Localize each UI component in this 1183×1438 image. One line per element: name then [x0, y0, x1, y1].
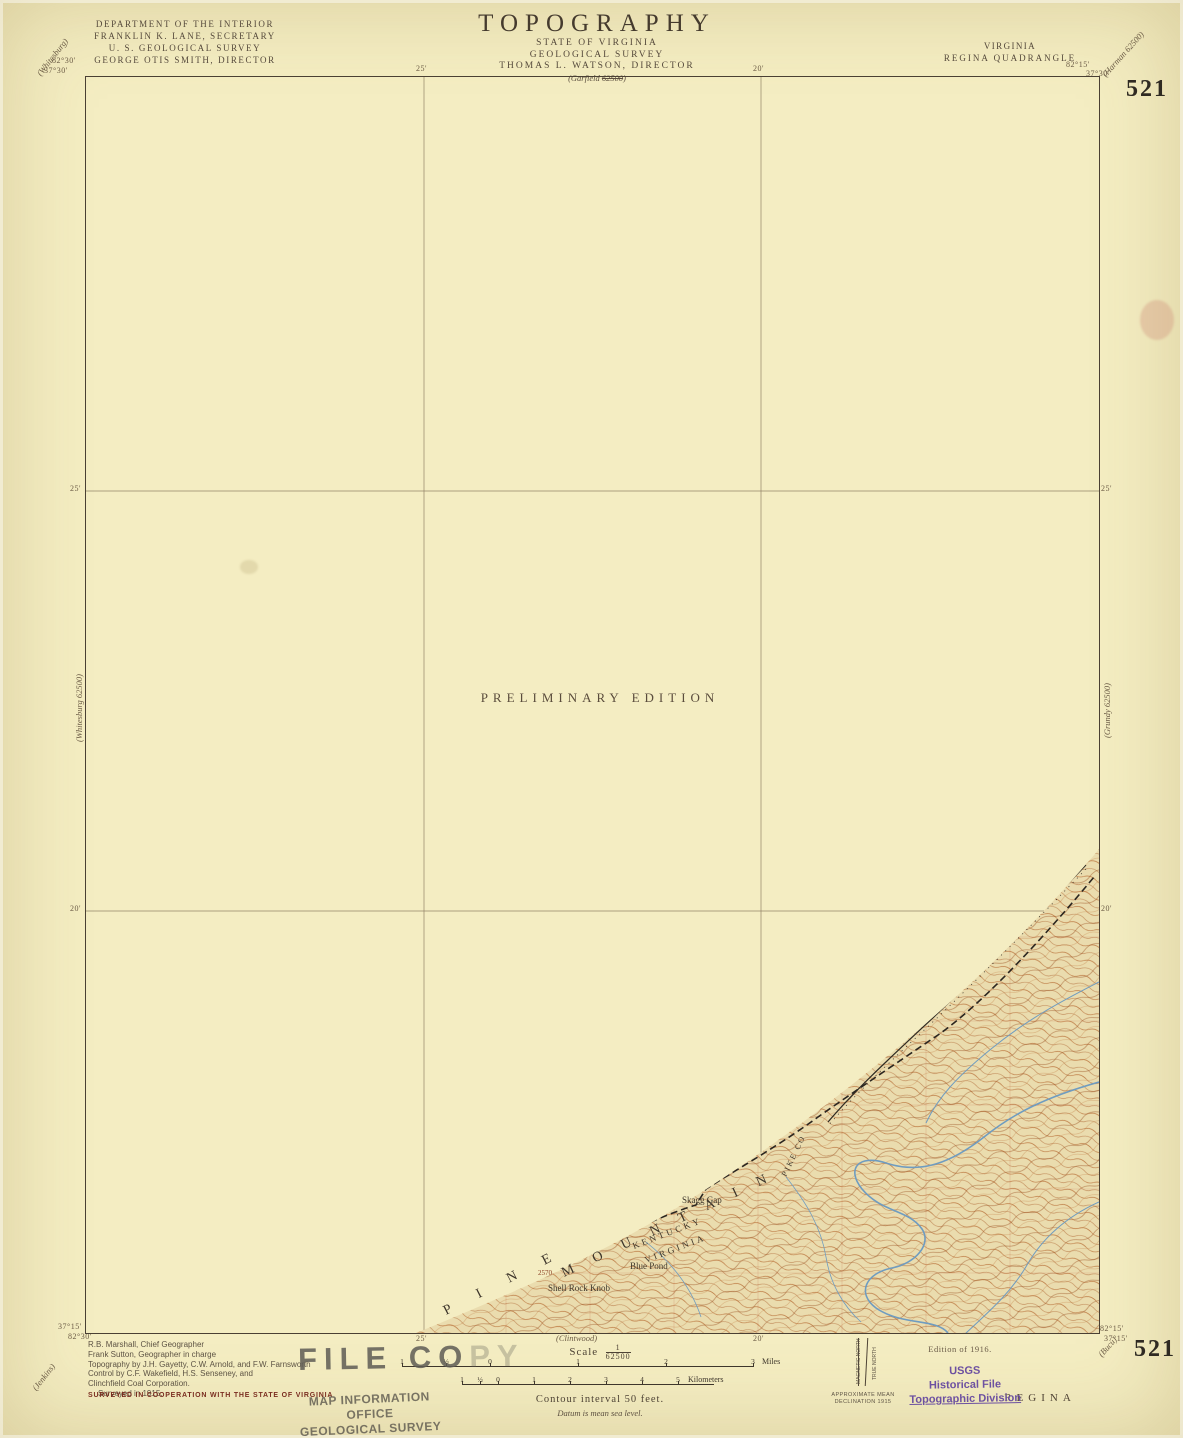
map-sheet: DEPARTMENT OF THE INTERIOR FRANKLIN K. L… — [0, 0, 1183, 1438]
corner-coordinate: 82°30' — [52, 56, 76, 65]
declination-diagram: MAGNETIC NORTH TRUE NORTH APPROXIMATE ME… — [828, 1336, 898, 1408]
corner-coordinate: 82°15' — [1100, 1324, 1124, 1333]
terrain-region — [386, 817, 1099, 1333]
sheet-number-top: 521 — [1126, 76, 1168, 103]
pond-label: Blue Pond — [630, 1261, 668, 1271]
graticule-tick: 20' — [753, 64, 764, 73]
spot-elevation: 2570 — [538, 1269, 553, 1277]
graticule-tick: 25' — [70, 484, 81, 493]
agency-line: GEORGE OTIS SMITH, DIRECTOR — [70, 54, 300, 66]
magnetic-north-label: MAGNETIC NORTH — [856, 1339, 862, 1384]
state-survey-line: THOMAS L. WATSON, DIRECTOR — [377, 61, 817, 73]
scale-tick: 1 — [460, 1375, 464, 1384]
scale-tick: 1 — [576, 1357, 580, 1366]
adjoining-quad-label: (Jenkins) — [30, 1362, 57, 1393]
paper-stain — [240, 560, 258, 574]
map-information-office-stamp: MAP INFORMATION OFFICE GEOLOGICAL SURVEY — [294, 1389, 446, 1438]
preliminary-edition-note: PRELIMINARY EDITION — [380, 690, 820, 706]
state-survey-line: STATE OF VIRGINIA — [377, 38, 817, 50]
edition-note: Edition of 1916. — [905, 1344, 1015, 1354]
agency-line: DEPARTMENT OF THE INTERIOR — [70, 18, 300, 30]
graticule-tick: 20' — [70, 904, 81, 913]
sheet-number-bottom: 521 — [1134, 1336, 1176, 1363]
title-block: TOPOGRAPHY STATE OF VIRGINIA GEOLOGICAL … — [377, 10, 817, 83]
datum-note: Datum is mean sea level. — [430, 1408, 770, 1418]
corner-coordinate: 37°15' — [1104, 1334, 1128, 1343]
adjoining-quad-label: (Grundy 62500) — [1102, 683, 1112, 738]
agency-line: U. S. GEOLOGICAL SURVEY — [70, 42, 300, 54]
scale-unit-label: Kilometers — [688, 1375, 724, 1384]
contour-texture — [386, 817, 1099, 1333]
scale-tick: 5 — [676, 1375, 680, 1384]
scale-unit-label: Miles — [762, 1357, 780, 1366]
map-series-title: TOPOGRAPHY — [377, 10, 817, 38]
scale-tick: ½ — [477, 1375, 483, 1384]
true-north-label: TRUE NORTH — [872, 1347, 878, 1380]
knob-label: Shell Rock Knob — [548, 1283, 610, 1293]
declination-caption: APPROXIMATE MEAN DECLINATION 1915 — [828, 1392, 898, 1406]
corner-coordinate: 82°15' — [1066, 60, 1090, 69]
scale-tick: 2 — [568, 1375, 572, 1384]
scale-tick: 3 — [751, 1357, 755, 1366]
scale-tick: 4 — [640, 1375, 644, 1384]
paper-stain — [1140, 300, 1174, 340]
graticule-tick: 25' — [416, 64, 427, 73]
graticule-tick: 20' — [1101, 904, 1112, 913]
scale-tick: 0 — [496, 1375, 500, 1384]
graticule-tick: 20' — [753, 1334, 764, 1343]
contour-interval-note: Contour interval 50 feet. — [430, 1394, 770, 1405]
scale-tick: 3 — [604, 1375, 608, 1384]
scale-bar-kilometers: 1 ½ 0 1 2 3 4 5 Kilometers — [462, 1384, 714, 1385]
graticule-tick: 25' — [1101, 484, 1112, 493]
gap-label: Skagg Gap — [682, 1195, 722, 1205]
usgs-historical-file-stamp: USGS Historical File Topographic Divisio… — [900, 1363, 1031, 1407]
corner-coordinate: 37°30' — [44, 66, 68, 75]
state-label: VIRGINIA — [905, 40, 1115, 52]
credit-line: Clinchfield Coal Corporation. — [88, 1379, 338, 1389]
file-copy-stamp: FILE COPY — [298, 1338, 525, 1378]
agency-block: DEPARTMENT OF THE INTERIOR FRANKLIN K. L… — [70, 18, 300, 66]
adjoining-quad-label: (Whitesburg 62500) — [74, 674, 84, 742]
true-north-line — [865, 1338, 869, 1386]
state-survey-line: GEOLOGICAL SURVEY — [377, 50, 817, 62]
agency-line: FRANKLIN K. LANE, SECRETARY — [70, 30, 300, 42]
scale-ratio: 162500 — [606, 1344, 631, 1361]
scale-tick: 2 — [664, 1357, 668, 1366]
corner-coordinate: 37°15' — [58, 1322, 82, 1331]
scale-tick: 1 — [532, 1375, 536, 1384]
